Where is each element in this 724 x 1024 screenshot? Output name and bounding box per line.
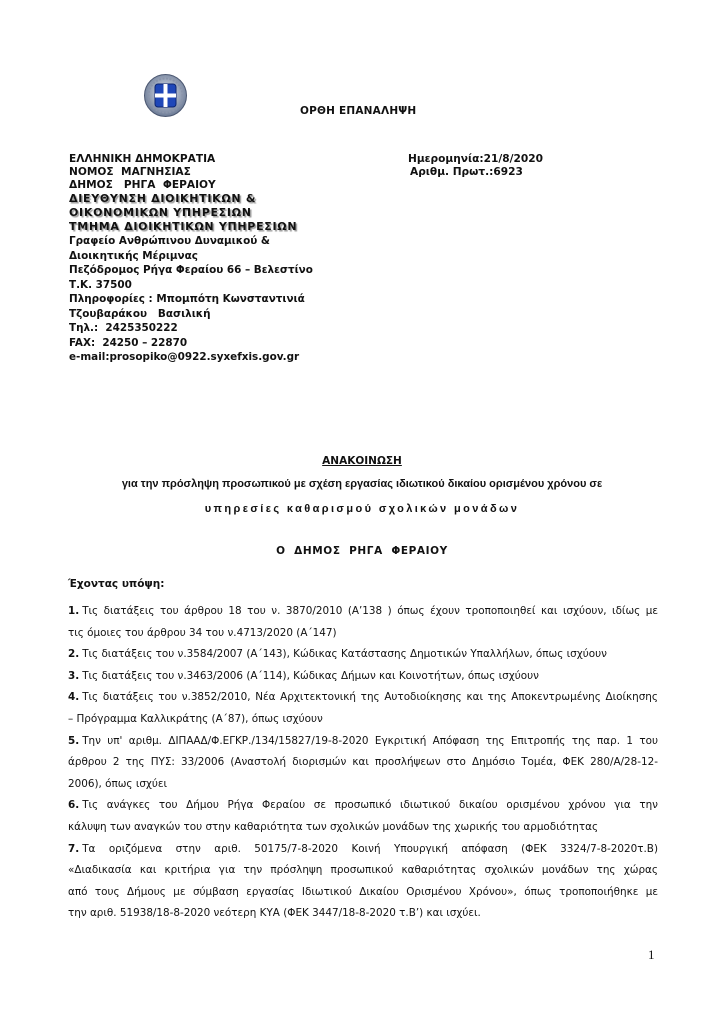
announcement-title: ΑΝΑΚΟΙΝΩΣΗ	[0, 455, 724, 467]
list-item-text: «Διαδικασία και κριτήρια για την πρόσληψ…	[68, 864, 658, 876]
list-item-line: 4.Τις διατάξεις του ν.3852/2010, Νέα Αρχ…	[68, 687, 658, 709]
correction-label: ΟΡΘΗ ΕΠΑΝΑΛΗΨΗ	[300, 105, 416, 117]
info-line2: Τζουβαράκου Βασιλική	[69, 307, 313, 322]
list-item: 5.Την υπ' αριθμ. ΔΙΠΑΑΔ/Φ.ΕΓΚΡ./134/1582…	[68, 731, 658, 796]
protocol-number: Αριθμ. Πρωτ.:6923	[408, 166, 543, 179]
list-item-line: – Πρόγραμμα Καλλικράτης (Α΄87), όπως ισχ…	[68, 709, 658, 731]
document-meta: Ημερομηνία:21/8/2020 Αριθμ. Πρωτ.:6923	[408, 153, 543, 179]
list-item-text: Τα οριζόμενα στην αριθ. 50175/7-8-2020 Κ…	[82, 843, 658, 855]
list-item-text: Τις διατάξεις του ν.3584/2007 (Α΄143), Κ…	[82, 648, 607, 660]
list-item-line: 2.Τις διατάξεις του ν.3584/2007 (Α΄143),…	[68, 644, 658, 666]
office-line2: Διοικητικής Μέριμνας	[69, 249, 313, 264]
list-item-number: 2.	[68, 648, 79, 660]
list-item: 6.Τις ανάγκες του Δήμου Ρήγα Φεραίου σε …	[68, 795, 658, 838]
list-item: 3.Τις διατάξεις του ν.3463/2006 (Α΄114),…	[68, 666, 658, 688]
list-item-text: από τους Δήμους με σύμβαση εργασίας Ιδιω…	[68, 886, 658, 898]
list-item-text: Τις διατάξεις του ν.3852/2010, Νέα Αρχιτ…	[82, 691, 658, 703]
list-item-line: 7.Τα οριζόμενα στην αριθ. 50175/7-8-2020…	[68, 839, 658, 861]
list-item-text: 2006), όπως ισχύει	[68, 778, 167, 790]
list-item-text: κάλυψη των αναγκών του στην καθαριότητα …	[68, 821, 598, 833]
considerations-list: 1.Τις διατάξεις του άρθρου 18 του ν. 387…	[68, 601, 658, 925]
list-item-number: 5.	[68, 735, 79, 747]
list-item-line: «Διαδικασία και κριτήρια για την πρόσληψ…	[68, 860, 658, 882]
issuer-heading: Ο ΔΗΜΟΣ ΡΗΓΑ ΦΕΡΑΙΟΥ	[0, 545, 724, 557]
list-item-text: τις όμοιες του άρθρου 34 του ν.4713/2020…	[68, 627, 337, 639]
list-item-number: 7.	[68, 843, 79, 855]
municipality: ΔΗΜΟΣ ΡΗΓΑ ΦΕΡΑΙΟΥ	[69, 179, 313, 192]
list-item-line: κάλυψη των αναγκών του στην καθαριότητα …	[68, 817, 658, 839]
list-item-text: Τις διατάξεις του άρθρου 18 του ν. 3870/…	[82, 605, 658, 617]
office-line1: Γραφείο Ανθρώπινου Δυναμικού &	[69, 234, 313, 249]
list-item-line: την αριθ. 51938/18-8-2020 νεότερη ΚΥΑ (Φ…	[68, 903, 658, 925]
list-item: 7.Τα οριζόμενα στην αριθ. 50175/7-8-2020…	[68, 839, 658, 925]
info-line1: Πληροφορίες : Μπομπότη Κωνσταντινιά	[69, 292, 313, 307]
list-item: 2.Τις διατάξεις του ν.3584/2007 (Α΄143),…	[68, 644, 658, 666]
postal-code: Τ.Κ. 37500	[69, 278, 313, 293]
considering-heading: Έχοντας υπόψη:	[68, 578, 164, 590]
list-item: 1.Τις διατάξεις του άρθρου 18 του ν. 387…	[68, 601, 658, 644]
greek-coat-of-arms-icon	[143, 73, 188, 118]
list-item-line: άρθρου 2 της ΠΥΣ: 33/2006 (Αναστολή διορ…	[68, 752, 658, 774]
prefecture: ΝΟΜΟΣ ΜΑΓΝΗΣΙΑΣ	[69, 166, 313, 179]
directorate-line1: ΔΙΕΥΘΥΝΣΗ ΔΙΟΙΚΗΤΙΚΩΝ &	[69, 192, 313, 206]
list-item-number: 3.	[68, 670, 79, 682]
list-item-line: 6.Τις ανάγκες του Δήμου Ρήγα Φεραίου σε …	[68, 795, 658, 817]
list-item-number: 6.	[68, 799, 79, 811]
address: Πεζόδρομος Ρήγα Φεραίου 66 – Βελεστίνο	[69, 263, 313, 278]
phone: Τηλ.: 2425350222	[69, 321, 313, 336]
list-item-line: τις όμοιες του άρθρου 34 του ν.4713/2020…	[68, 623, 658, 645]
list-item-text: άρθρου 2 της ΠΥΣ: 33/2006 (Αναστολή διορ…	[68, 756, 658, 768]
list-item-number: 4.	[68, 691, 79, 703]
issuer-block: ΕΛΛΗΝΙΚΗ ΔΗΜΟΚΡΑΤΙΑ ΝΟΜΟΣ ΜΑΓΝΗΣΙΑΣ ΔΗΜΟ…	[69, 153, 313, 365]
list-item-line: 2006), όπως ισχύει	[68, 774, 658, 796]
list-item-text: την αριθ. 51938/18-8-2020 νεότερη ΚΥΑ (Φ…	[68, 907, 481, 919]
list-item-line: 5.Την υπ' αριθμ. ΔΙΠΑΑΔ/Φ.ΕΓΚΡ./134/1582…	[68, 731, 658, 753]
list-item-text: – Πρόγραμμα Καλλικράτης (Α΄87), όπως ισχ…	[68, 713, 323, 725]
list-item-line: 3.Τις διατάξεις του ν.3463/2006 (Α΄114),…	[68, 666, 658, 688]
list-item-text: Την υπ' αριθμ. ΔΙΠΑΑΔ/Φ.ΕΓΚΡ./134/15827/…	[82, 735, 658, 747]
list-item-text: Τις διατάξεις του ν.3463/2006 (Α΄114), Κ…	[82, 670, 539, 682]
document-date: Ημερομηνία:21/8/2020	[408, 153, 543, 166]
list-item-line: από τους Δήμους με σύμβαση εργασίας Ιδιω…	[68, 882, 658, 904]
list-item-number: 1.	[68, 605, 79, 617]
directorate-line2: ΟΙΚΟΝΟΜΙΚΩΝ ΥΠΗΡΕΣΙΩΝ	[69, 206, 313, 220]
list-item-text: Τις ανάγκες του Δήμου Ρήγα Φεραίου σε πρ…	[82, 799, 658, 811]
department: ΤΜΗΜΑ ΔΙΟΙΚΗΤΙΚΩΝ ΥΠΗΡΕΣΙΩΝ	[69, 220, 313, 234]
list-item-line: 1.Τις διατάξεις του άρθρου 18 του ν. 387…	[68, 601, 658, 623]
fax: FAX: 24250 – 22870	[69, 336, 313, 351]
announcement-subtitle-line2: υπηρεσίες καθαρισμού σχολικών μονάδων	[0, 503, 724, 515]
page-number: 1	[648, 947, 655, 963]
list-item: 4.Τις διατάξεις του ν.3852/2010, Νέα Αρχ…	[68, 687, 658, 730]
country: ΕΛΛΗΝΙΚΗ ΔΗΜΟΚΡΑΤΙΑ	[69, 153, 313, 166]
email: e-mail:prosopiko@0922.syxefxis.gov.gr	[69, 350, 313, 365]
announcement-subtitle-line1: για την πρόσληψη προσωπικού με σχέση εργ…	[0, 478, 724, 490]
